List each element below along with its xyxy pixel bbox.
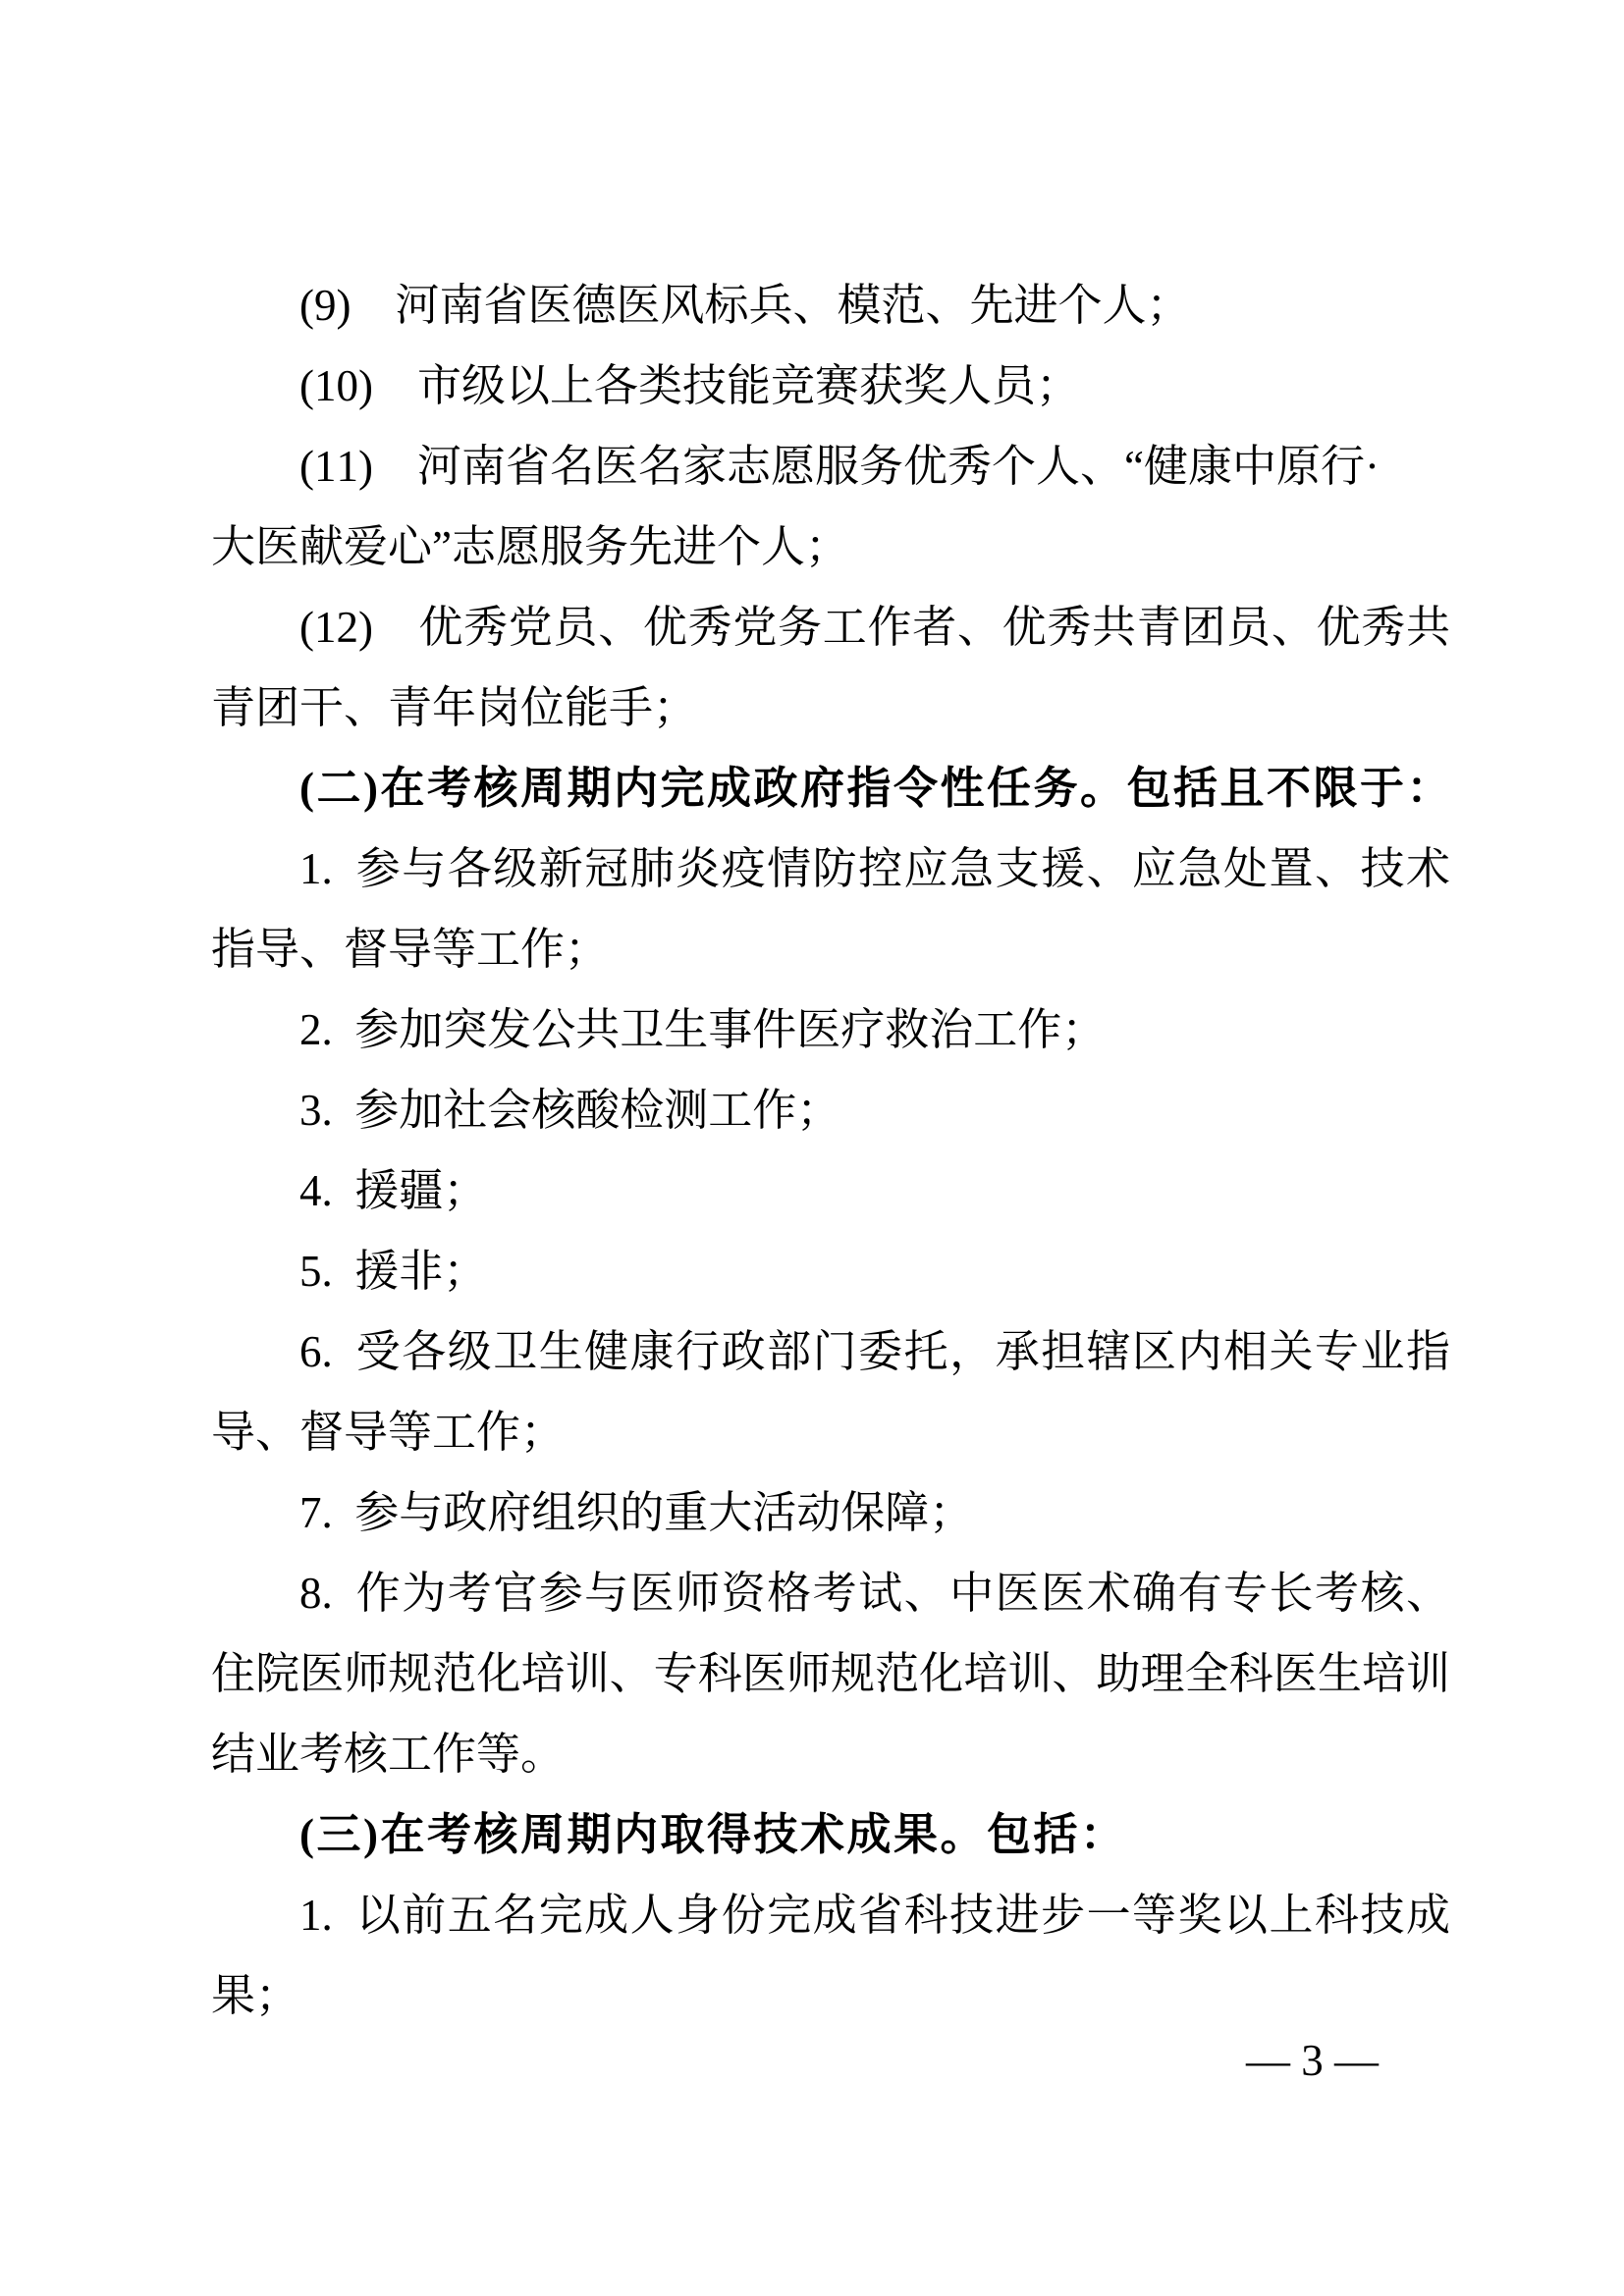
- text-line: (9) 河南省医德医风标兵、模范、先进个人；: [211, 265, 1450, 346]
- document-body: (9) 河南省医德医风标兵、模范、先进个人；(10) 市级以上各类技能竞赛获奖人…: [211, 265, 1450, 2036]
- text-line: 1. 参与各级新冠肺炎疫情防控应急支援、应急处置、技术: [211, 828, 1450, 909]
- text-line: 4. 援疆；: [211, 1150, 1450, 1231]
- text-line: 8. 作为考官参与医师资格考试、中医医术确有专长考核、: [211, 1553, 1450, 1633]
- text-line: 结业考核工作等。: [211, 1714, 1450, 1794]
- text-line: 大医献爱心”志愿服务先进个人；: [211, 507, 1450, 587]
- text-line: (三)在考核周期内取得技术成果。包括：: [211, 1794, 1450, 1875]
- text-line: 导、督导等工作；: [211, 1392, 1450, 1472]
- text-line: 6. 受各级卫生健康行政部门委托，承担辖区内相关专业指: [211, 1311, 1450, 1392]
- text-line: (二)在考核周期内完成政府指令性任务。包括且不限于：: [211, 748, 1450, 828]
- document-page: (9) 河南省医德医风标兵、模范、先进个人；(10) 市级以上各类技能竞赛获奖人…: [0, 0, 1624, 2296]
- text-line: (11) 河南省名医名家志愿服务优秀个人、“健康中原行·: [211, 426, 1450, 507]
- text-line: 5. 援非；: [211, 1231, 1450, 1311]
- text-line: 青团干、青年岗位能手；: [211, 667, 1450, 748]
- page-number: — 3 —: [1246, 2038, 1379, 2083]
- text-line: 指导、督导等工作；: [211, 909, 1450, 989]
- text-line: 1. 以前五名完成人身份完成省科技进步一等奖以上科技成: [211, 1875, 1450, 1955]
- text-line: 住院医师规范化培训、专科医师规范化培训、助理全科医生培训: [211, 1633, 1450, 1714]
- text-line: 2. 参加突发公共卫生事件医疗救治工作；: [211, 989, 1450, 1070]
- text-line: (12) 优秀党员、优秀党务工作者、优秀共青团员、优秀共: [211, 587, 1450, 667]
- text-line: 7. 参与政府组织的重大活动保障；: [211, 1472, 1450, 1553]
- text-line: (10) 市级以上各类技能竞赛获奖人员；: [211, 346, 1450, 426]
- text-line: 果；: [211, 1955, 1450, 2036]
- text-line: 3. 参加社会核酸检测工作；: [211, 1070, 1450, 1150]
